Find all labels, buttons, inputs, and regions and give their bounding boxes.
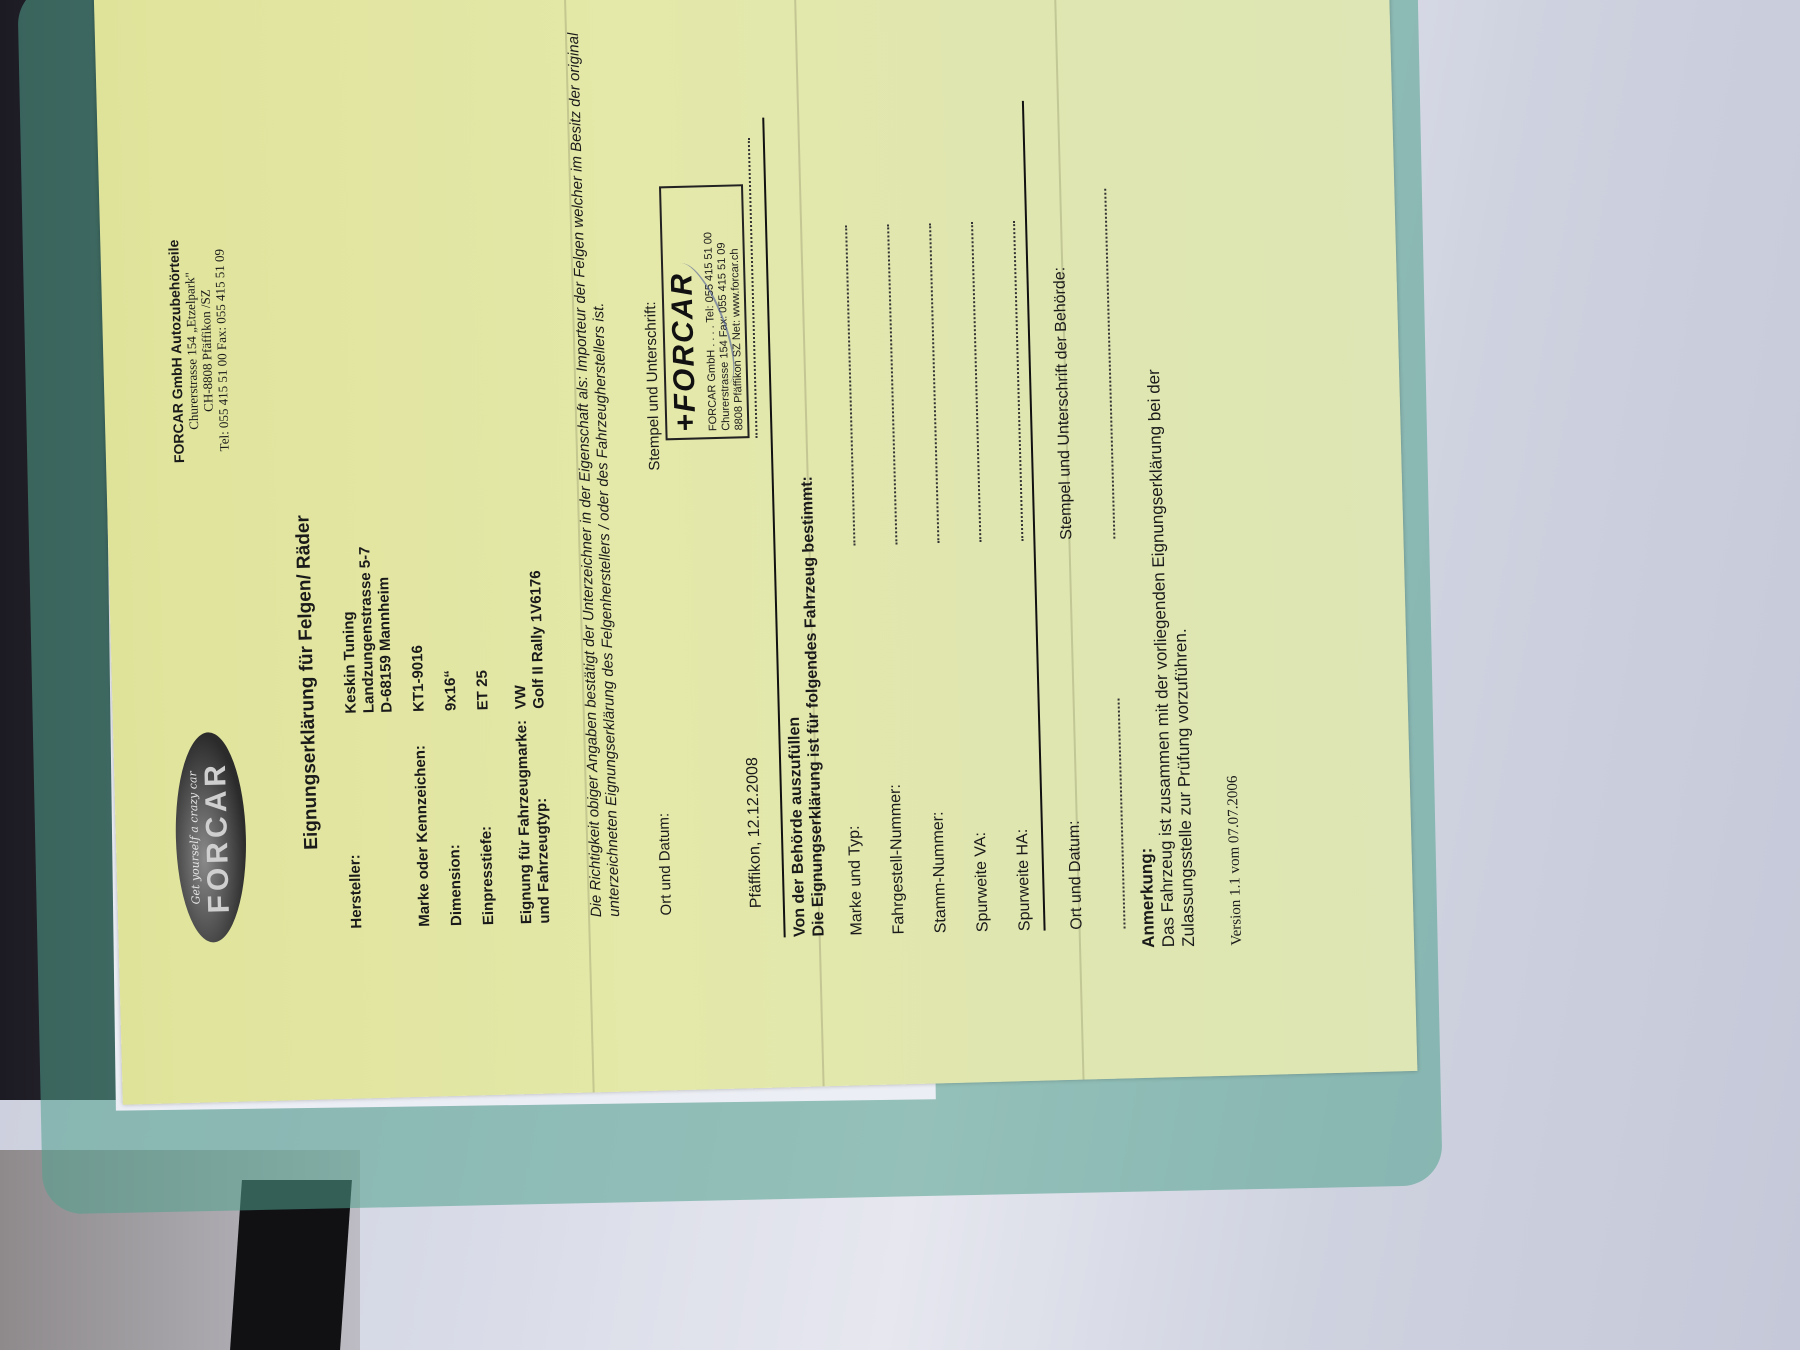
field-stamm-number: Stamm-Nummer: (929, 811, 950, 933)
place-date: Pfäffikon, 12.12.2008 (744, 757, 766, 908)
version-info: Version 1.1 vom 07.07.2006 (1225, 775, 1246, 945)
field-track-rear: Spurweite HA: (1014, 829, 1035, 932)
forcar-logo: Get yourself a crazy car FORCAR (173, 731, 248, 943)
yellow-document: Get yourself a crazy car FORCAR FORCAR G… (94, 0, 1418, 1105)
authority-ort-datum-label: Ort und Datum: (1066, 820, 1087, 930)
field-track-front: Spurweite VA: (972, 832, 993, 933)
company-phone-fax: Tel: 055 415 51 00 Fax: 055 415 51 09 (211, 249, 231, 452)
remark: Anmerkung: Das Fahrzeug ist zusammen mit… (1124, 368, 1199, 948)
authority-section-heading: Von der Behörde auszufüllen Die Eignungs… (779, 476, 829, 937)
field-chassis-number: Fahrgestell-Nummer: (887, 784, 909, 935)
remark-heading: Anmerkung: (1136, 848, 1158, 949)
logo-name: FORCAR (198, 761, 236, 914)
signature-dotted-line (748, 138, 758, 438)
company-address: FORCAR GmbH Autozubehörteile Churerstras… (166, 238, 232, 463)
confirmation-text: Die Richtigkeit obiger Angaben bestätigt… (565, 17, 625, 918)
ort-datum-label: Ort und Datum: (655, 813, 675, 916)
field-make-type: Marke und Typ: (846, 825, 867, 935)
document-title: Eignungserklärung für Felgen/ Räder (292, 515, 323, 850)
authority-stamp-signature-label: Stempel und Unterschrift der Behörde: (1051, 267, 1076, 540)
document-page: Get yourself a crazy car FORCAR FORCAR G… (94, 0, 1418, 1105)
section-divider-2 (1022, 101, 1046, 931)
document-photo: Get yourself a crazy car FORCAR FORCAR G… (94, 0, 1418, 1105)
stamp-label: Stempel und Unterschrift: (642, 301, 663, 471)
